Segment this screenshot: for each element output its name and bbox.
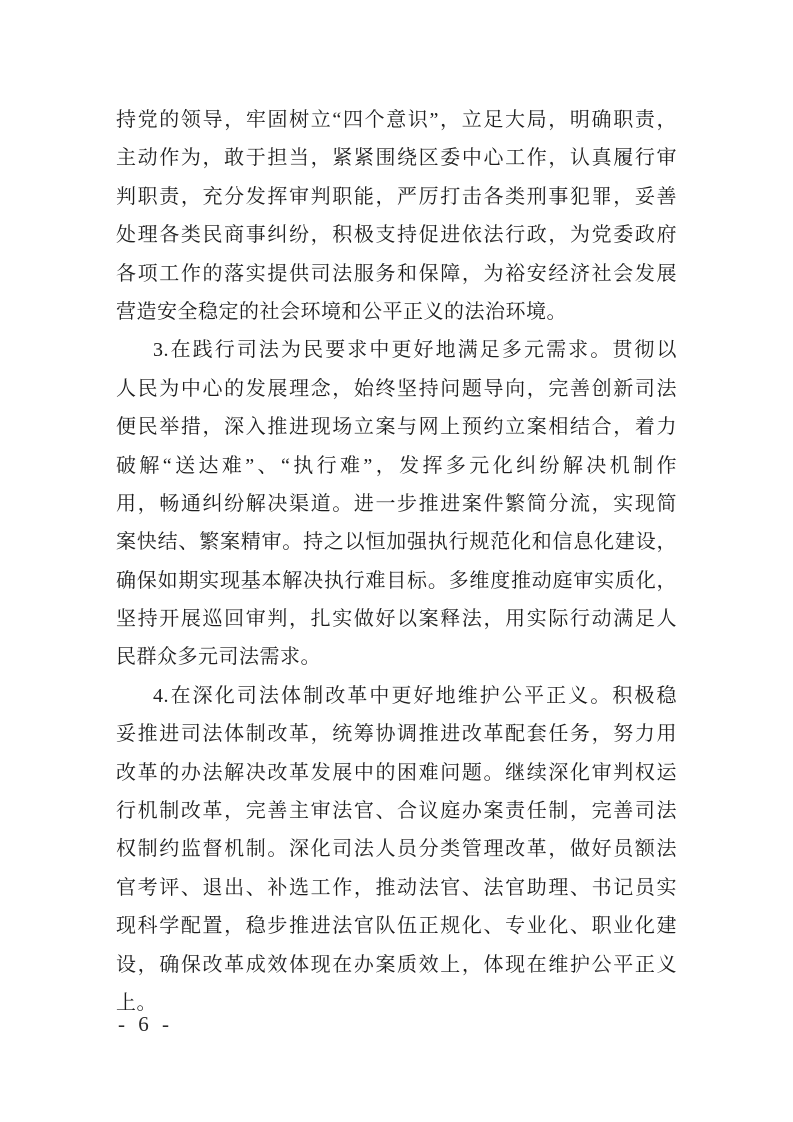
paragraph: 3.在践行司法为民要求中更好地满足多元需求。贯彻以人民为中心的发展理念，始终坚持…	[116, 331, 677, 677]
text-line: 坚持开展巡回审判，扎实做好以案释法，用实际行动满足人	[116, 600, 677, 638]
paragraph: 4.在深化司法体制改革中更好地维护公平正义。积极稳妥推进司法体制改革，统筹协调推…	[116, 677, 677, 1023]
text-line: 持党的领导，牢固树立“四个意识”，立足大局，明确职责，	[116, 101, 677, 139]
text-line: 行机制改革，完善主审法官、合议庭办案责任制，完善司法	[116, 792, 677, 830]
document-page: 持党的领导，牢固树立“四个意识”，立足大局，明确职责，主动作为，敢于担当，紧紧围…	[0, 0, 793, 1122]
text-line: 设，确保改革成效体现在办案质效上，体现在维护公平正义	[116, 946, 677, 984]
text-line: 营造安全稳定的社会环境和公平正义的法治环境。	[116, 293, 677, 331]
text-line: 判职责，充分发挥审判职能，严厉打击各类刑事犯罪，妥善	[116, 178, 677, 216]
text-line: 改革的办法解决改革发展中的困难问题。继续深化审判权运	[116, 754, 677, 792]
text-line: 4.在深化司法体制改革中更好地维护公平正义。积极稳	[116, 677, 677, 715]
text-line: 案快结、繁案精审。持之以恒加强执行规范化和信息化建设，	[116, 523, 677, 561]
document-body: 持党的领导，牢固树立“四个意识”，立足大局，明确职责，主动作为，敢于担当，紧紧围…	[116, 101, 677, 1022]
paragraph: 持党的领导，牢固树立“四个意识”，立足大局，明确职责，主动作为，敢于担当，紧紧围…	[116, 101, 677, 331]
text-line: 便民举措，深入推进现场立案与网上预约立案相结合，着力	[116, 408, 677, 446]
text-line: 主动作为，敢于担当，紧紧围绕区委中心工作，认真履行审	[116, 139, 677, 177]
text-line: 官考评、退出、补选工作，推动法官、法官助理、书记员实	[116, 869, 677, 907]
text-line: 破解“送达难”、“执行难”，发挥多元化纠纷解决机制作	[116, 447, 677, 485]
text-line: 3.在践行司法为民要求中更好地满足多元需求。贯彻以	[116, 331, 677, 369]
text-line: 民群众多元司法需求。	[116, 638, 677, 676]
text-line: 各项工作的落实提供司法服务和保障，为裕安经济社会发展	[116, 255, 677, 293]
text-line: 权制约监督机制。深化司法人员分类管理改革，做好员额法	[116, 830, 677, 868]
text-line: 人民为中心的发展理念，始终坚持问题导向，完善创新司法	[116, 370, 677, 408]
text-line: 用，畅通纠纷解决渠道。进一步推进案件繁简分流，实现简	[116, 485, 677, 523]
text-line: 现科学配置，稳步推进法官队伍正规化、专业化、职业化建	[116, 907, 677, 945]
text-line: 处理各类民商事纠纷，积极支持促进依法行政，为党委政府	[116, 216, 677, 254]
text-line: 上。	[116, 984, 677, 1022]
page-number: - 6 -	[118, 1012, 173, 1037]
text-line: 确保如期实现基本解决执行难目标。多维度推动庭审实质化，	[116, 562, 677, 600]
text-line: 妥推进司法体制改革，统筹协调推进改革配套任务，努力用	[116, 715, 677, 753]
